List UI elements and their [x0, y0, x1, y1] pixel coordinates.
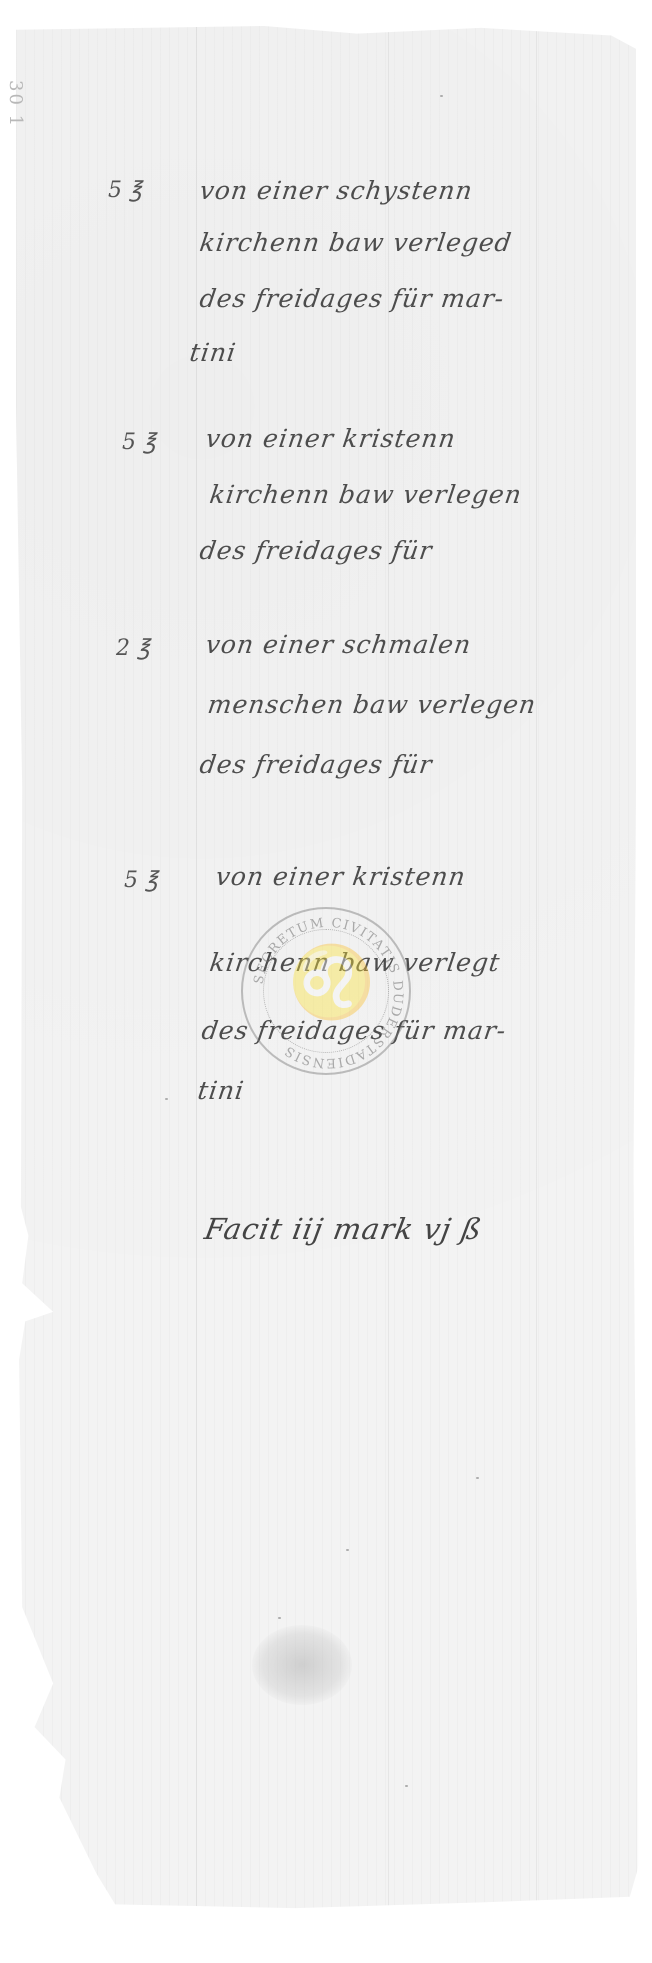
entry-line: tini: [196, 1076, 246, 1105]
entry-line: kirchenn baw verleged: [198, 228, 514, 257]
paper-chain-line: [196, 26, 197, 1931]
paper-fleck: [278, 1617, 281, 1619]
entry-line: des freidages für mar-: [198, 284, 506, 313]
entry-line: von einer schystenn: [198, 176, 475, 205]
lion-rampant-icon: ♌: [288, 947, 375, 1017]
archive-number: 30 1: [5, 80, 26, 128]
paper-fleck: [440, 95, 443, 97]
entry-line: von einer schmalen: [204, 630, 473, 659]
paper-fleck: [165, 1098, 168, 1100]
paper-chain-line: [536, 26, 537, 1931]
paper-stain: [252, 1625, 352, 1705]
entry-line: tini: [188, 338, 238, 367]
paper-fleck: [405, 1785, 408, 1787]
entry-amount: 5 ℥: [108, 178, 142, 203]
entry-line: des freidages für: [198, 536, 434, 565]
entry-line: kirchenn baw verlegen: [208, 480, 524, 509]
entry-amount: 2 ℥: [116, 636, 150, 661]
total-line: Facit iij mark vj ß: [202, 1212, 485, 1246]
entry-amount: 5 ℥: [122, 430, 156, 455]
library-seal-stamp: SECRETUM CIVITATIS DUDERSTADIENSIS ♌: [241, 907, 411, 1075]
paper-fleck: [476, 1477, 479, 1479]
entry-line: von einer kristenn: [214, 862, 468, 891]
entry-line: menschen baw verlegen: [206, 690, 538, 719]
paper-fleck: [346, 1549, 349, 1551]
entry-line: des freidages für: [198, 750, 434, 779]
entry-amount: 5 ℥: [124, 868, 158, 893]
entry-line: von einer kristenn: [204, 424, 458, 453]
